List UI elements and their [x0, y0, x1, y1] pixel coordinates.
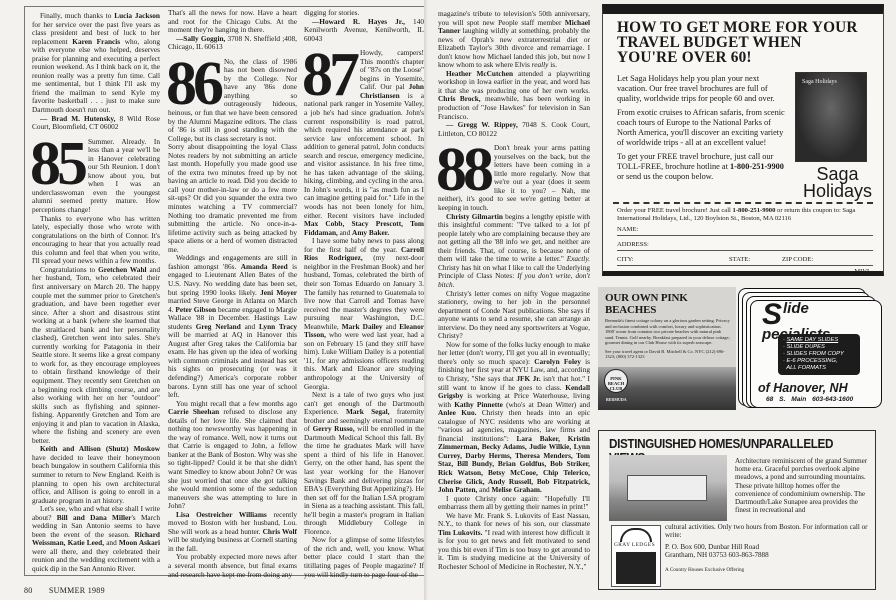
services-list: · SAME DAY SLIDES · SLIDE DUPES · SLIDES…	[778, 334, 860, 375]
issue-label: SUMMER 1989	[49, 586, 105, 595]
slide-specialists-ad: S lide pecialists · SAME DAY SLIDES · SL…	[736, 284, 886, 410]
gray-ledges-contact: P. O. Box 600, Dunbar Hill Road Grantham…	[665, 543, 769, 560]
paragraph: Now for some of the folks lucky enough t…	[438, 341, 590, 495]
paragraph: Lisa Oestreicher Williams recently moved…	[168, 511, 297, 554]
class-secretary-signature: —Howard R. Hayes Jr., 140 Kenilworth Ave…	[304, 18, 424, 44]
class-secretary-signature: — Gregg W. Rippey, 7048 S. Cook Court, L…	[438, 121, 590, 138]
class-section-lead: 87Howdy, campers! This month's chapter o…	[304, 49, 424, 237]
paragraph: We have Mr. Frank S. Lukovits of East Na…	[438, 512, 590, 572]
saga-holidays-ad: HOW TO GET MORE FOR YOUR TRAVEL BUDGET W…	[602, 4, 884, 276]
page-number: 80	[24, 586, 33, 595]
paragraph: You probably expected more news after a …	[168, 553, 297, 579]
coupon-name-field[interactable]: NAME:	[617, 226, 873, 236]
saga-headline: HOW TO GET MORE FOR YOUR TRAVEL BUDGET W…	[617, 20, 883, 65]
saga-body: Let Saga Holidays help you plan your nex…	[617, 74, 787, 186]
paragraph: That's all the news for now. Have a hear…	[168, 9, 297, 35]
paragraph: Christy Gilmartin begins a lengthy epist…	[438, 213, 590, 290]
paragraph: Let's see, who and what else shall I wri…	[32, 505, 160, 573]
paragraph: Now for a glimpse of some lifestyles of …	[304, 536, 424, 579]
column-2: That's all the news for now. Have a hear…	[168, 9, 297, 580]
saga-phone[interactable]: 1-800-251-9900	[730, 162, 784, 171]
paragraph: Keith and Allison (Shutz) Moskow have de…	[32, 445, 160, 505]
paragraph: Thanks to everyone who has written latel…	[32, 215, 160, 266]
saga-brochure-photo: Saga Holidays	[795, 72, 867, 162]
class-section-lead: 86No, the class of 1986 has not been dis…	[168, 58, 297, 143]
gray-ledges-ad: DISTINGUISHED HOMES/UNPARALLELED VIEWS A…	[598, 430, 876, 590]
paragraph: I quote Christy once again: "Hopefully I…	[438, 495, 590, 512]
class-year-numeral: 86	[168, 58, 220, 110]
gray-ledges-logo-icon: GRAY LEDGES	[611, 525, 661, 587]
paragraph: magazine's tribute to television's 50th …	[438, 10, 590, 70]
paragraph: Sorry about disappointing the loyal Clas…	[168, 143, 297, 254]
paragraph: I have some baby news to pass along for …	[304, 237, 424, 391]
saga-logo: SagaHolidays	[803, 166, 872, 200]
column-1: Finally, much thanks to Lucia Jackson fo…	[32, 12, 160, 580]
paragraph: Weddings and engagements are still in fa…	[168, 254, 297, 399]
pink-beach-club-ad: OUR OWN PINK BEACHES Bermuda's finest co…	[598, 287, 736, 410]
class-year-numeral: 88	[438, 144, 490, 196]
class-year-numeral: 85	[32, 138, 84, 190]
class-secretary-signature: —Sally Goggin, 3708 N. Sheffield ;408, C…	[168, 35, 297, 52]
coupon-city-state-zip-field[interactable]: CITY: STATE: ZIP CODE:	[617, 256, 873, 266]
class-secretary-signature: — Brad M. Hutensky, 8 Wild Rose Court, B…	[32, 115, 160, 132]
paragraph: Heather McCutchen attended a playwriting…	[438, 70, 590, 121]
paragraph: You might recall that a few months ago C…	[168, 400, 297, 511]
page-footer: 80 SUMMER 1989	[24, 586, 119, 595]
left-page: Finally, much thanks to Lucia Jackson fo…	[0, 0, 428, 600]
paragraph: Christy's letter comes on nifty Vogue ma…	[438, 290, 590, 341]
coupon-cut-line	[613, 202, 873, 204]
coupon-code: MIVL	[854, 268, 871, 275]
class-section-lead: 85Summer. Already. In less than a year w…	[32, 138, 160, 215]
house-photo	[609, 455, 727, 521]
pink-beach-club-badge-icon: PINK BEACH CLUB	[604, 369, 628, 393]
coupon-address-field[interactable]: ADDRESS:	[617, 241, 873, 251]
slide-phone[interactable]: 603-643-1600	[812, 396, 853, 403]
paragraph: Next is a tale of two guys who just can'…	[304, 391, 424, 536]
column-3: digging for stories.—Howard R. Hayes Jr.…	[304, 9, 424, 580]
column-4: magazine's tribute to television's 50th …	[438, 10, 590, 576]
class-section-lead: 88Don't break your arms patting yourselv…	[438, 144, 590, 212]
paragraph: Finally, much thanks to Lucia Jackson fo…	[32, 12, 160, 115]
class-year-numeral: 87	[304, 49, 356, 101]
pink-beach-headline: OUR OWN PINK BEACHES	[605, 292, 736, 316]
paragraph: Congratulations to Gretchen Wahl and her…	[32, 266, 160, 445]
coupon-order-text: Order your FREE travel brochure! Just ca…	[617, 207, 877, 223]
